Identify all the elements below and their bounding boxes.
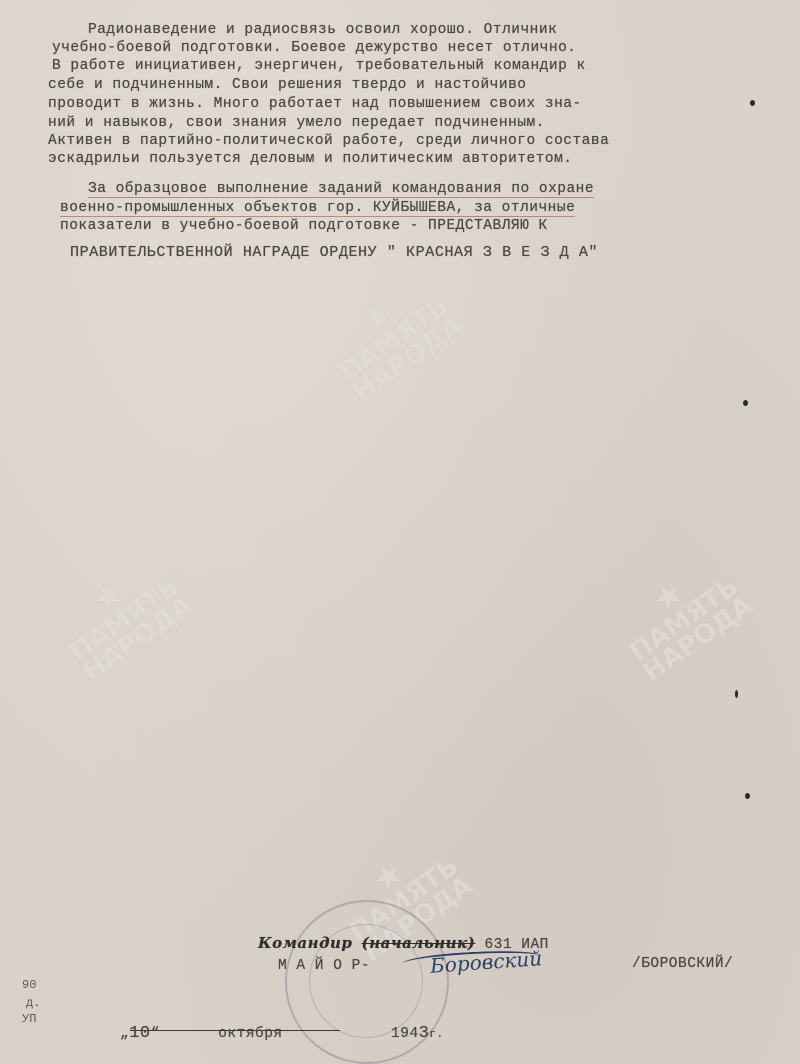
watermark: ★ ПАМЯТЬ НАРОДА (320, 271, 467, 406)
conclusion-line: военно-промышленных объектов гор. КУЙБЫШ… (60, 200, 575, 217)
title-prefix: Командир (258, 934, 352, 952)
margin-note: УП (22, 1012, 36, 1026)
conclusion-line: показатели в учебно-боевой подготовке - … (60, 218, 548, 234)
date-day: 10 (129, 1024, 150, 1043)
date-year-prefix: 194 (391, 1026, 419, 1042)
margin-note: 90 (22, 978, 36, 992)
body-line: проводит в жизнь. Много работает над пов… (48, 96, 582, 112)
body-line: учебно-боевой подготовки. Боевое дежурст… (52, 40, 576, 56)
date-year-abbr: г. (429, 1029, 443, 1041)
body-line: себе и подчиненным. Свои решения твердо … (48, 77, 526, 93)
award-line: ПРАВИТЕЛЬСТВЕННОЙ НАГРАДЕ ОРДЕНУ " КРАСН… (70, 244, 598, 261)
rank-label: М А Й О Р- (278, 958, 370, 974)
body-line: эскадрильи пользуется деловым и политиче… (48, 151, 572, 167)
ink-spot (743, 400, 748, 406)
ink-spot (735, 690, 738, 698)
body-line: Радионаведение и радиосвязь освоил хорош… (88, 22, 557, 38)
date-open-quote: „ (120, 1026, 129, 1042)
document-page: ★ ПАМЯТЬ НАРОДА ★ ПАМЯТЬ НАРОДА ★ ПАМЯТЬ… (0, 0, 800, 1064)
ink-spot (750, 100, 755, 106)
date-month: октября (218, 1026, 282, 1042)
body-line: В работе инициативен, энергичен, требова… (52, 58, 586, 74)
signer-name: /БОРОВСКИЙ/ (632, 956, 733, 972)
date-close-quote: “ (151, 1026, 160, 1042)
conclusion-line: За образцовое выполнение заданий командо… (88, 181, 594, 198)
watermark: ★ ПАМЯТЬ НАРОДА (50, 551, 197, 686)
date-year-suffix: 3 (419, 1024, 430, 1043)
ink-spot (745, 793, 750, 799)
watermark: ★ ПАМЯТЬ НАРОДА (610, 551, 757, 686)
body-line: Активен в партийно-политической работе, … (48, 133, 609, 149)
title-struck: (начальник) (362, 934, 476, 952)
margin-note: д. (26, 996, 40, 1010)
body-text: учебно-боевой подготовки. Боевое дежурст… (52, 40, 576, 56)
date: „10“ октября 1943г. (120, 1024, 444, 1043)
body-line: ний и навыков, свои знания умело передае… (48, 115, 545, 131)
